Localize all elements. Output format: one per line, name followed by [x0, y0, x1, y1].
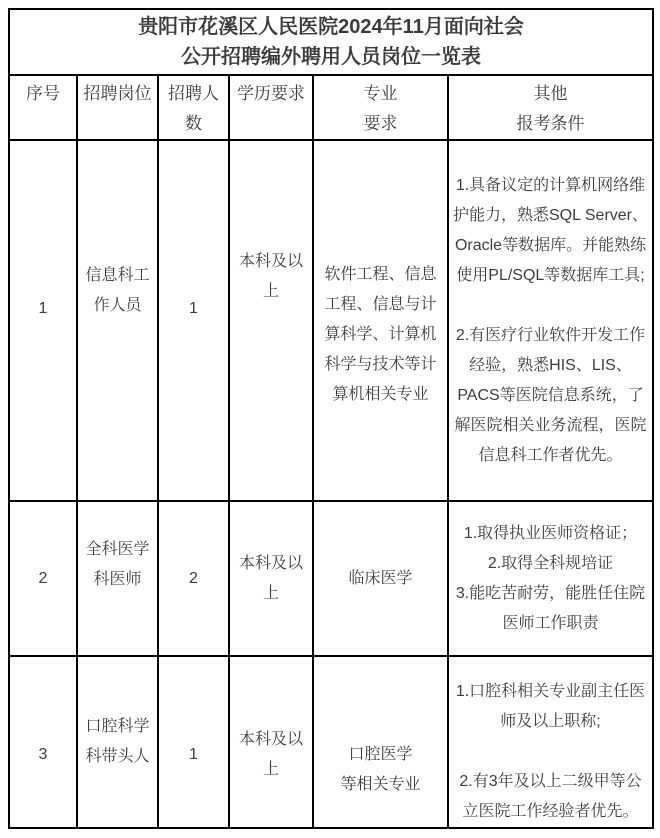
cell-count: 1	[158, 656, 229, 828]
cell-position: 全科医学科医师	[77, 501, 158, 656]
cell-position: 口腔科学科带头人	[77, 656, 158, 828]
table-title-line2: 公开招聘编外聘用人员岗位一览表	[11, 42, 651, 72]
cell-seq: 1	[9, 140, 77, 501]
cell-seq: 3	[9, 656, 77, 828]
cell-education: 本科及以上	[229, 501, 313, 656]
table-header-row: 序号 招聘岗位 招聘人 数 学历要求 专业 要求 其他 报考条件	[9, 75, 653, 140]
cell-major: 软件工程、信息工程、信息与计算科学、计算机科学与技术等计算机相关专业	[313, 140, 448, 501]
cell-major: 临床医学	[313, 501, 448, 656]
header-seq: 序号	[9, 75, 77, 140]
table-title-line1: 贵阳市花溪区人民医院2024年11月面向社会	[11, 12, 651, 42]
cell-education: 本科及以上	[229, 140, 313, 501]
cell-seq: 2	[9, 501, 77, 656]
cell-education: 本科及以上	[229, 656, 313, 828]
table-row: 2 全科医学科医师 2 本科及以上 临床医学 1.取得执业医师资格证； 2.取得…	[9, 501, 653, 656]
recruitment-table: 贵阳市花溪区人民医院2024年11月面向社会 公开招聘编外聘用人员岗位一览表 序…	[8, 8, 654, 829]
cell-conditions: 1.具备议定的计算机网络维护能力，熟悉SQL Server、Oracle等数据库…	[448, 140, 653, 501]
cell-position: 信息科工作人员	[77, 140, 158, 501]
header-position: 招聘岗位	[77, 75, 158, 140]
table-title-row: 贵阳市花溪区人民医院2024年11月面向社会 公开招聘编外聘用人员岗位一览表	[9, 9, 653, 75]
table-row: 1 信息科工作人员 1 本科及以上 软件工程、信息工程、信息与计算科学、计算机科…	[9, 140, 653, 501]
cell-major: 口腔医学 等相关专业	[313, 656, 448, 828]
cell-count: 1	[158, 140, 229, 501]
cell-conditions: 1.口腔科相关专业副主任医师及以上职称; 2.有3年及以上二级甲等公立医院工作经…	[448, 656, 653, 828]
table-row: 3 口腔科学科带头人 1 本科及以上 口腔医学 等相关专业 1.口腔科相关专业副…	[9, 656, 653, 828]
header-conditions: 其他 报考条件	[448, 75, 653, 140]
table-title: 贵阳市花溪区人民医院2024年11月面向社会 公开招聘编外聘用人员岗位一览表	[9, 9, 653, 75]
header-major: 专业 要求	[313, 75, 448, 140]
header-count: 招聘人 数	[158, 75, 229, 140]
header-education: 学历要求	[229, 75, 313, 140]
cell-conditions: 1.取得执业医师资格证； 2.取得全科规培证 3.能吃苦耐劳，能胜任住院医师工作…	[448, 501, 653, 656]
cell-count: 2	[158, 501, 229, 656]
